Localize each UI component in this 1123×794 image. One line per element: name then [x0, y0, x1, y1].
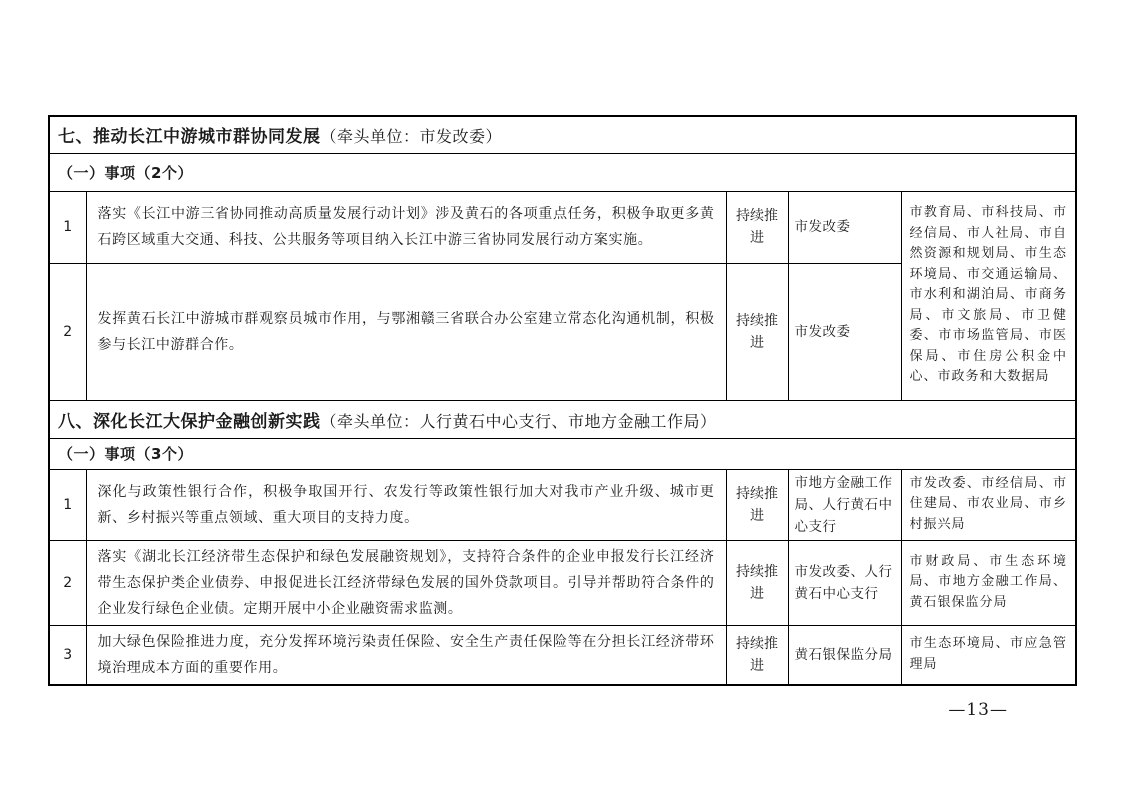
section-7-header-cell: 七、推动长江中游城市群协同发展（牵头单位：市发改委） — [49, 116, 1076, 153]
section-7-lead-units: （牵头单位：市发改委） — [321, 127, 503, 146]
task-cell: 发挥黄石长江中游城市群观察员城市作用，与鄂湘赣三省联合办公室建立常态化沟通机制，… — [86, 263, 726, 400]
lead-unit-cell: 市发改委 — [788, 263, 901, 400]
section-8-subheader-row: （一）事项（3个） — [49, 438, 1076, 469]
section-8-subheader-cell: （一）事项（3个） — [49, 438, 1076, 469]
task-cell: 深化与政策性银行合作，积极争取国开行、农发行等政策性银行加大对我市产业升级、城市… — [86, 469, 726, 540]
row-number-cell: 1 — [49, 191, 86, 263]
lead-unit-cell: 市发改委 — [788, 191, 901, 263]
section-8-header-row: 八、深化长江大保护金融创新实践（牵头单位：人行黄石中心支行、市地方金融工作局） — [49, 400, 1076, 438]
row-number-cell: 3 — [49, 625, 86, 685]
table-row: 1 深化与政策性银行合作，积极争取国开行、农发行等政策性银行加大对我市产业升级、… — [49, 469, 1076, 540]
section-8-title: 八、深化长江大保护金融创新实践 — [58, 412, 321, 432]
lead-unit-cell: 市发改委、人行黄石中心支行 — [788, 540, 901, 625]
section-7-subheader-cell: （一）事项（2个） — [49, 153, 1076, 191]
cooperating-units-cell: 市生态环境局、市应急管理局 — [901, 625, 1076, 685]
section-8-header-cell: 八、深化长江大保护金融创新实践（牵头单位：人行黄石中心支行、市地方金融工作局） — [49, 400, 1076, 438]
progress-cell: 持续推进 — [726, 263, 788, 400]
row-number-cell: 2 — [49, 263, 86, 400]
document-page: 七、推动长江中游城市群协同发展（牵头单位：市发改委） （一）事项（2个） 1 落… — [0, 0, 1123, 794]
task-cell: 加大绿色保险推进力度，充分发挥环境污染责任保险、安全生产责任保险等在分担长江经济… — [86, 625, 726, 685]
progress-cell: 持续推进 — [726, 540, 788, 625]
table-row: 2 落实《湖北长江经济带生态保护和绿色发展融资规划》，支持符合条件的企业申报发行… — [49, 540, 1076, 625]
progress-cell: 持续推进 — [726, 625, 788, 685]
row-number-cell: 2 — [49, 540, 86, 625]
row-number-cell: 1 — [49, 469, 86, 540]
section-8-lead-units: （牵头单位：人行黄石中心支行、市地方金融工作局） — [321, 412, 717, 431]
page-number: —13— — [948, 700, 1008, 720]
lead-unit-cell: 市地方金融工作局、人行黄石中心支行 — [788, 469, 901, 540]
cooperating-units-cell: 市教育局、市科技局、市经信局、市人社局、市自然资源和规划局、市生态环境局、市交通… — [901, 191, 1076, 400]
cooperating-units-cell: 市发改委、市经信局、市住建局、市农业局、市乡村振兴局 — [901, 469, 1076, 540]
document-table: 七、推动长江中游城市群协同发展（牵头单位：市发改委） （一）事项（2个） 1 落… — [48, 115, 1077, 686]
section-7-subheader-row: （一）事项（2个） — [49, 153, 1076, 191]
section-7-title: 七、推动长江中游城市群协同发展 — [58, 127, 321, 147]
task-cell: 落实《湖北长江经济带生态保护和绿色发展融资规划》，支持符合条件的企业申报发行长江… — [86, 540, 726, 625]
task-cell: 落实《长江中游三省协同推动高质量发展行动计划》涉及黄石的各项重点任务，积极争取更… — [86, 191, 726, 263]
cooperating-units-cell: 市财政局、市生态环境局、市地方金融工作局、黄石银保监分局 — [901, 540, 1076, 625]
lead-unit-cell: 黄石银保监分局 — [788, 625, 901, 685]
table-row: 1 落实《长江中游三省协同推动高质量发展行动计划》涉及黄石的各项重点任务，积极争… — [49, 191, 1076, 263]
section-7-header-row: 七、推动长江中游城市群协同发展（牵头单位：市发改委） — [49, 116, 1076, 153]
progress-cell: 持续推进 — [726, 469, 788, 540]
progress-cell: 持续推进 — [726, 191, 788, 263]
table-row: 3 加大绿色保险推进力度，充分发挥环境污染责任保险、安全生产责任保险等在分担长江… — [49, 625, 1076, 685]
